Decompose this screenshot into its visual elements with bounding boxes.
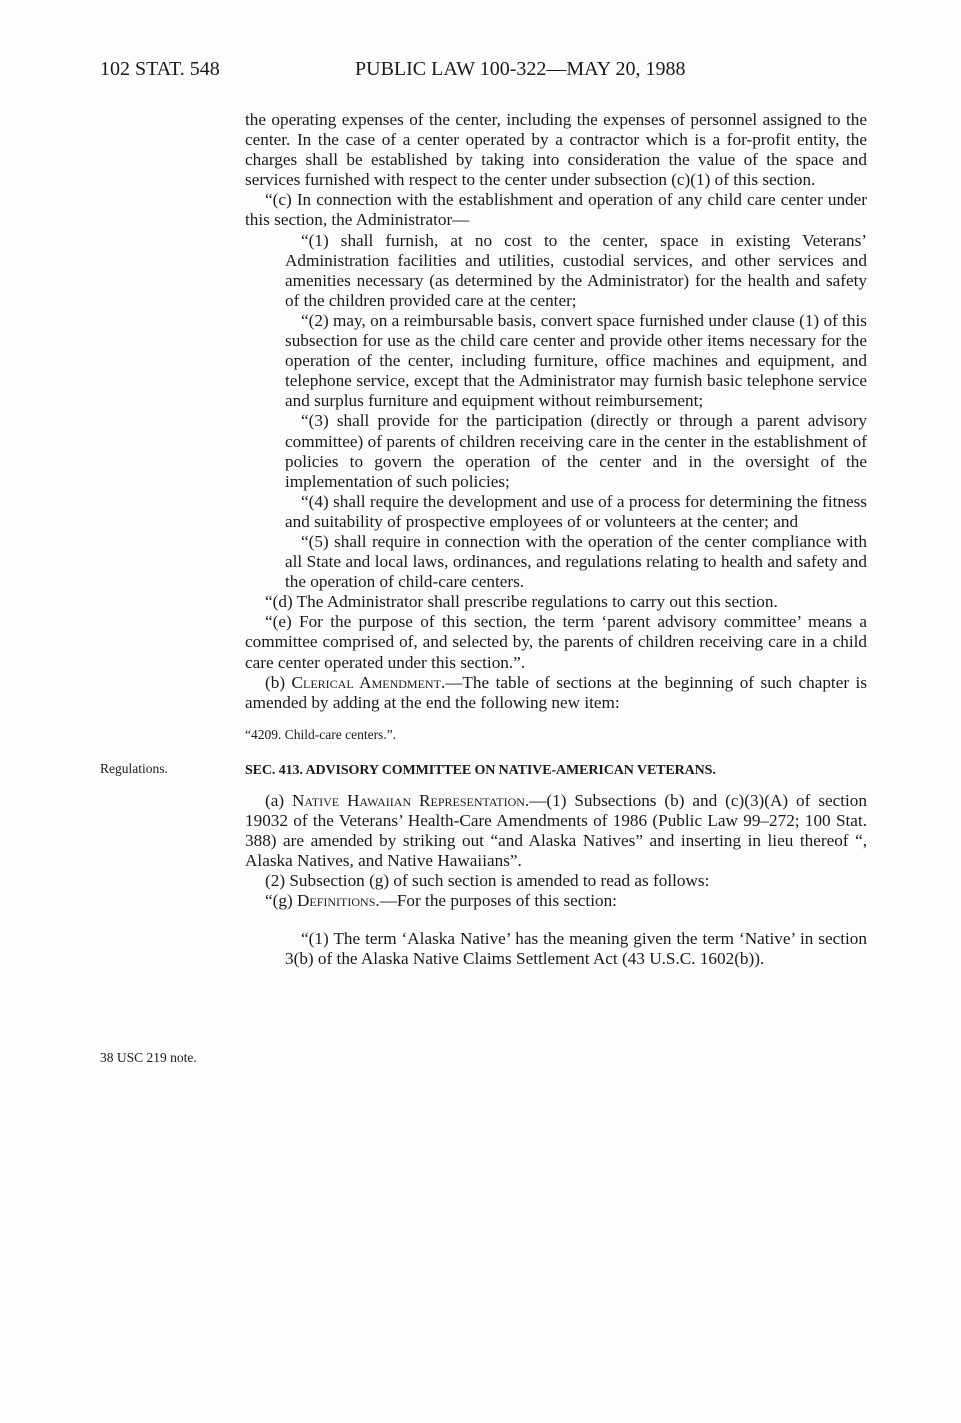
subsection-c: “(c) In connection with the establishmen… [245, 190, 867, 230]
clerical-amendment: (b) Clerical Amendment.—The table of sec… [245, 673, 867, 713]
g-heading: Definitions [297, 891, 375, 910]
clerical-label: (b) [265, 673, 292, 692]
stat-page-number: 102 STAT. 548 [100, 58, 220, 81]
table-of-sections-item: “4209. Child-care centers.”. [245, 725, 867, 745]
intro-paragraph: the operating expenses of the center, in… [245, 110, 867, 190]
g-label: “(g) [265, 891, 297, 910]
subsection-e: “(e) For the purpose of this section, th… [245, 612, 867, 672]
clause-5: “(5) shall require in connection with th… [285, 532, 867, 592]
clause-1: “(1) shall furnish, at no cost to the ce… [285, 231, 867, 311]
margin-note-regulations: Regulations. [100, 761, 168, 777]
a-label: (a) [265, 791, 292, 810]
subsection-a2: (2) Subsection (g) of such section is am… [245, 871, 867, 891]
subsection-d: “(d) The Administrator shall prescribe r… [245, 592, 867, 612]
definition-1: “(1) The term ‘Alaska Native’ has the me… [285, 929, 867, 969]
page-header: 102 STAT. 548 PUBLIC LAW 100-322—MAY 20,… [100, 58, 880, 88]
a-heading: Native Hawaiian Representation [292, 791, 525, 810]
clerical-heading: Clerical Amendment [292, 673, 441, 692]
margin-note-usc: 38 USC 219 note. [100, 1050, 197, 1066]
subsection-a: (a) Native Hawaiian Representation.—(1) … [245, 791, 867, 871]
clause-2: “(2) may, on a reimbursable basis, conve… [285, 311, 867, 411]
document-page: 102 STAT. 548 PUBLIC LAW 100-322—MAY 20,… [0, 0, 961, 1423]
document-body: the operating expenses of the center, in… [245, 110, 867, 986]
subsection-g: “(g) Definitions.—For the purposes of th… [245, 891, 867, 911]
clause-4: “(4) shall require the development and u… [285, 492, 867, 532]
g-text: .—For the purposes of this section: [375, 891, 617, 910]
clause-3: “(3) shall provide for the participation… [285, 411, 867, 491]
law-title: PUBLIC LAW 100-322—MAY 20, 1988 [355, 58, 685, 81]
section-heading: SEC. 413. ADVISORY COMMITTEE ON NATIVE-A… [245, 761, 867, 781]
